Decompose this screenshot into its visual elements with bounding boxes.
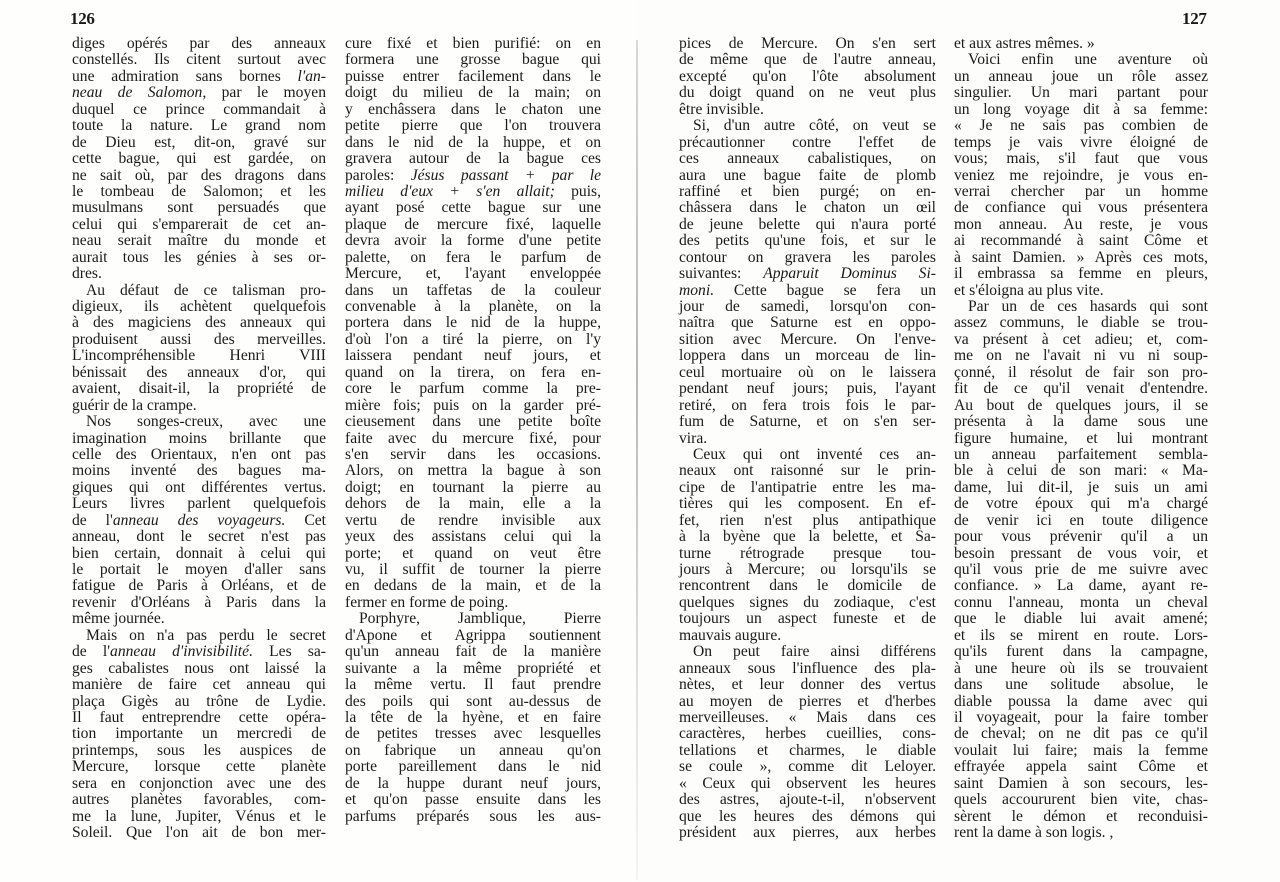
text-line: ne sait où, par des dragons dans xyxy=(72,168,326,184)
text-line: neau de Salomon, par le moyen xyxy=(72,85,326,101)
text-line: le portait le moyen d'aller sans xyxy=(72,562,326,578)
text-line: de jeune belette qui n'aura porté xyxy=(679,217,936,233)
text-line: quels accoururent bien vite, chas- xyxy=(954,792,1208,808)
text-line: duquel ce prince commandait à xyxy=(72,102,326,118)
text-line: sèrent le démon et reconduisi- xyxy=(954,809,1208,825)
text-line: fatigue de Paris à Orléans, et de xyxy=(72,578,326,594)
text-line: aura une bague faite de plomb xyxy=(679,168,936,184)
text-line: neau serait maître du monde et xyxy=(72,233,326,249)
text-line: des astres, ajoute-t-il, n'observent xyxy=(679,792,936,808)
text-line: L'incompréhensible Henri VIII xyxy=(72,348,326,364)
text-line: anneau, dont le secret n'est pas xyxy=(72,529,326,545)
text-line: aurait tous les génies à ses or- xyxy=(72,250,326,266)
text-line: diges opérés par des anneaux xyxy=(72,36,326,52)
text-line: loppera dans un morceau de lin- xyxy=(679,348,936,364)
text-line: Il faut entreprendre cette opéra- xyxy=(72,710,326,726)
text-line: de l'anneau d'invisibilité. Les sa- xyxy=(72,644,326,660)
text-line: porte; et quand on veut être xyxy=(345,546,601,562)
text-line: revenir d'Orléans à Paris dans la xyxy=(72,595,326,611)
text-line: jours à Mercure; ou lorsqu'ils se xyxy=(679,562,936,578)
text-line: dans une solitude absolue, le xyxy=(954,677,1208,693)
text-line: qu'ils furent dans la campagne, xyxy=(954,644,1208,660)
text-line: châssera dans le chaton un œil xyxy=(679,200,936,216)
text-line: milieu d'eux + s'en allait; puis, xyxy=(345,184,601,200)
text-line: saint Damien à son secours, les- xyxy=(954,776,1208,792)
text-line: celui qui s'emparerait de cet an- xyxy=(72,217,326,233)
text-line: on fabrique un anneau qu'on xyxy=(345,743,601,759)
text-line: rent la dame à son logis. , xyxy=(954,825,1208,841)
text-line: précautionner contre l'effet de xyxy=(679,135,936,151)
text-line: ges cabalistes nous ont laissé la xyxy=(72,661,326,677)
text-line: dehors de la main, elle a la xyxy=(345,496,601,512)
text-line: et aux astres mêmes. » xyxy=(954,36,1208,52)
text-line: jour de samedi, lorsqu'on con- xyxy=(679,299,936,315)
text-line: contour on gravera les paroles xyxy=(679,250,936,266)
text-line: au moyen de pierres et d'herbes xyxy=(679,694,936,710)
text-line: autres planètes favorables, com- xyxy=(72,792,326,808)
text-line: d'Apone et Agrippa soutiennent xyxy=(345,628,601,644)
text-line: diable poussa la dame avec qui xyxy=(954,694,1208,710)
text-line: naîtra que Saturne est en oppo- xyxy=(679,315,936,331)
text-line: et s'éloigna au plus vite. xyxy=(954,283,1208,299)
text-line: tion importante un mercredi de xyxy=(72,726,326,742)
text-line: cure fixé et bien purifié: on en xyxy=(345,36,601,52)
text-line: président aux pierres, aux herbes xyxy=(679,825,936,841)
text-line: vira. xyxy=(679,431,936,447)
page-number-left: 126 xyxy=(70,9,95,29)
text-line: gravera autour de la bague ces xyxy=(345,151,601,167)
text-line: fermer en forme de poing. xyxy=(345,595,601,611)
text-line: de votre époux qui m'a chargé xyxy=(954,496,1208,512)
text-line: veniez me rejoindre, je vous en- xyxy=(954,168,1208,184)
text-line: cieusement dans une petite boîte xyxy=(345,414,601,430)
text-line: « Ceux qui observent les heures xyxy=(679,776,936,792)
text-line: core le parfum comme la pre- xyxy=(345,381,601,397)
text-line: sition avec Mercure. On l'enve- xyxy=(679,332,936,348)
text-line: connu l'anneau, monta un cheval xyxy=(954,595,1208,611)
text-line: singulier. Un mari partant pour xyxy=(954,85,1208,101)
text-line: fet, rien n'est plus antipathique xyxy=(679,513,936,529)
text-line: même journée. xyxy=(72,611,326,627)
text-line: s'en servir dans les occasions. xyxy=(345,447,601,463)
text-line: le tombeau de Salomon; et les xyxy=(72,184,326,200)
text-line: manière de faire cet anneau qui xyxy=(72,677,326,693)
text-line: ai recommandé à saint Côme et xyxy=(954,233,1208,249)
text-line: cette bague, qui est gardée, on xyxy=(72,151,326,167)
text-line: portera dans le nid de la huppe, xyxy=(345,315,601,331)
text-line: vertu de rendre invisible aux xyxy=(345,513,601,529)
text-line: un anneau parfaitement sembla- xyxy=(954,447,1208,463)
text-line: qu'un anneau fait de la manière xyxy=(345,644,601,660)
text-line: un anneau joue un rôle assez xyxy=(954,69,1208,85)
text-line: dres. xyxy=(72,266,326,282)
text-line: faite avec du mercure fixé, pour xyxy=(345,431,601,447)
text-line: yeux des assistans celui qui la xyxy=(345,529,601,545)
text-line: pices de Mercure. On s'en sert xyxy=(679,36,936,52)
text-line: Mercure, lorsque cette planète xyxy=(72,759,326,775)
text-line: assez communs, le diable se trou- xyxy=(954,315,1208,331)
text-line: de petites tresses avec lesquelles xyxy=(345,726,601,742)
text-line: qu'il vous prie de me suivre avec xyxy=(954,562,1208,578)
text-line: tières qui les composent. En ef- xyxy=(679,496,936,512)
text-column-3: pices de Mercure. On s'en sertde même qu… xyxy=(679,36,936,841)
text-column-1: diges opérés par des anneauxconstellés. … xyxy=(72,36,326,841)
text-line: parfums préparés sous les aus- xyxy=(345,809,601,825)
text-line: être invisible. xyxy=(679,102,936,118)
text-line: guérir de la crampe. xyxy=(72,398,326,414)
text-line: tellations et charmes, le diable xyxy=(679,743,936,759)
text-line: des petits qu'une fois, et sur le xyxy=(679,233,936,249)
text-line: merveilleuses. « Mais dans ces xyxy=(679,710,936,726)
text-line: laissera pendant neuf jours, et xyxy=(345,348,601,364)
text-line: figure humaine, et lui montrant xyxy=(954,431,1208,447)
text-line: Leurs livres parlent quelquefois xyxy=(72,496,326,512)
text-line: ces anneaux cabalistiques, on xyxy=(679,151,936,167)
text-line: ayant posé cette bague sur une xyxy=(345,200,601,216)
text-line: mière fois; puis on la garder pré- xyxy=(345,398,601,414)
text-line: ceul mortuaire où on le laissera xyxy=(679,365,936,381)
text-line: toute la nature. Le grand nom xyxy=(72,118,326,134)
text-line: moins inventé des bagues ma- xyxy=(72,463,326,479)
text-column-4: et aux astres mêmes. »Voici enfin une av… xyxy=(954,36,1208,841)
text-line: pendant neuf jours; puis, l'ayant xyxy=(679,381,936,397)
text-line: de Dieu est, dit-on, gravé sur xyxy=(72,135,326,151)
text-line: de venir ici en toute diligence xyxy=(954,513,1208,529)
text-line: doigt du milieu de la main; on xyxy=(345,85,601,101)
text-line: celle des Orientaux, n'en ont pas xyxy=(72,447,326,463)
book-spread: 126 127 diges opérés par des anneauxcons… xyxy=(0,0,1280,882)
text-line: Nos songes-creux, avec une xyxy=(72,414,326,430)
text-line: Soleil. Que l'on ait de bon mer- xyxy=(72,825,326,841)
text-line: besoin pressant de vous voir, et xyxy=(954,546,1208,562)
text-line: des poils qui sont au-dessus de xyxy=(345,694,601,710)
text-line: « Je ne sais pas combien de xyxy=(954,118,1208,134)
text-line: et qu'on passe ensuite dans les xyxy=(345,792,601,808)
text-line: fit de ce qu'il venait d'entendre. xyxy=(954,381,1208,397)
text-line: Au bout de quelques jours, il se xyxy=(954,398,1208,414)
text-line: anneaux sous l'influence des pla- xyxy=(679,661,936,677)
text-line: constellés. Ils citent surtout avec xyxy=(72,52,326,68)
text-line: musulmans sont persuadés que xyxy=(72,200,326,216)
text-line: vous; mais, s'il faut que vous xyxy=(954,151,1208,167)
text-line: un long voyage dit à sa femme: xyxy=(954,102,1208,118)
text-line: que les heures des démons qui xyxy=(679,809,936,825)
text-line: imagination moins brillante que xyxy=(72,431,326,447)
text-line: Mercure, et, l'ayant enveloppée xyxy=(345,266,601,282)
text-line: présenta à la dame sous une xyxy=(954,414,1208,430)
text-line: il embrassa sa femme en pleurs, xyxy=(954,266,1208,282)
text-line: devra avoir la forme d'une petite xyxy=(345,233,601,249)
text-line: pour vous prévenir qu'il a un xyxy=(954,529,1208,545)
text-line: à saint Damien. » Après ces mots, xyxy=(954,250,1208,266)
text-line: Alors, on mettra la bague à son xyxy=(345,463,601,479)
text-line: giques qui ont différentes vertus. xyxy=(72,480,326,496)
text-line: sera en conjonction avec une des xyxy=(72,776,326,792)
text-line: caractères, herbes cueillies, cons- xyxy=(679,726,936,742)
text-line: fum de Saturne, et on s'en ser- xyxy=(679,414,936,430)
text-line: nètes, et leur donner des vertus xyxy=(679,677,936,693)
text-line: digieux, ils achètent quelquefois xyxy=(72,299,326,315)
text-line: petite pierre que l'on trouvera xyxy=(345,118,601,134)
text-line: neaux ont raisonné sur le prin- xyxy=(679,463,936,479)
text-line: formera une grosse bague qui xyxy=(345,52,601,68)
text-line: confiance. » La dame, ayant re- xyxy=(954,578,1208,594)
text-line: verrai chercher par un homme xyxy=(954,184,1208,200)
text-line: bénissait des anneaux d'or, qui xyxy=(72,365,326,381)
text-line: y enchâssera dans le chaton une xyxy=(345,102,601,118)
text-line: suivante a la même propriété et xyxy=(345,661,601,677)
text-line: Par un de ces hasards qui sont xyxy=(954,299,1208,315)
text-line: suivantes: Apparuit Dominus Si- xyxy=(679,266,936,282)
text-line: toujours un aspect funeste et de xyxy=(679,611,936,627)
text-line: à une heure où ils se trouvaient xyxy=(954,661,1208,677)
text-column-2: cure fixé et bien purifié: on enformera … xyxy=(345,36,601,825)
text-line: ble à celui de son mari: « Ma- xyxy=(954,463,1208,479)
text-line: il voyageait, pour la faire tomber xyxy=(954,710,1208,726)
text-line: turne rétrograde presque tou- xyxy=(679,546,936,562)
text-line: et ils se mirent en route. Lors- xyxy=(954,628,1208,644)
text-line: Au défaut de ce talisman pro- xyxy=(72,283,326,299)
text-line: On peut faire ainsi différens xyxy=(679,644,936,660)
text-line: de confiance qui vous présentera xyxy=(954,200,1208,216)
text-line: vu, il suffit de tourner la pierre xyxy=(345,562,601,578)
text-line: avaient, disait-il, la propriété de xyxy=(72,381,326,397)
text-line: Voici enfin une aventure où xyxy=(954,52,1208,68)
text-line: à des magiciens des anneaux qui xyxy=(72,315,326,331)
text-line: du doigt quand on ne veut plus xyxy=(679,85,936,101)
text-line: Si, d'un autre côté, on veut se xyxy=(679,118,936,134)
text-line: de même que de l'autre anneau, xyxy=(679,52,936,68)
text-line: çonné, il résolut de fair son pro- xyxy=(954,365,1208,381)
text-line: palette, on fera le parfum de xyxy=(345,250,601,266)
text-line: quand on la tirera, on fera en- xyxy=(345,365,601,381)
text-line: de cheval; on ne dit pas ce qu'il xyxy=(954,726,1208,742)
text-line: Mais on n'a pas perdu le secret xyxy=(72,628,326,644)
text-line: convenable à la planète, on la xyxy=(345,299,601,315)
text-line: en dedans de la main, et de la xyxy=(345,578,601,594)
text-line: puisse entrer facilement dans le xyxy=(345,69,601,85)
text-line: raffiné et bien purgé; on en- xyxy=(679,184,936,200)
text-line: plaça Gigès au trône de Lydie. xyxy=(72,694,326,710)
text-line: bien certain, donnait à celui qui xyxy=(72,546,326,562)
text-line: produisent aussi des merveilles. xyxy=(72,332,326,348)
page-number-right: 127 xyxy=(1182,9,1207,29)
text-line: moni. Cette bague se fera un xyxy=(679,283,936,299)
text-line: temps je vais vivre éloigné de xyxy=(954,135,1208,151)
text-line: effrayée appela saint Côme et xyxy=(954,759,1208,775)
text-line: la tête de la hyène, et en faire xyxy=(345,710,601,726)
text-line: dans un taffetas de la couleur xyxy=(345,283,601,299)
text-line: dans le nid de la huppe, et on xyxy=(345,135,601,151)
text-line: la même vertu. Il faut prendre xyxy=(345,677,601,693)
text-line: mon anneau. Au reste, je vous xyxy=(954,217,1208,233)
text-line: quelques signes du zodiaque, c'est xyxy=(679,595,936,611)
text-line: rencontrent dans le domicile de xyxy=(679,578,936,594)
text-line: va présent à cet adieu; et, com- xyxy=(954,332,1208,348)
text-line: mauvais augure. xyxy=(679,628,936,644)
text-line: une admiration sans bornes l'an- xyxy=(72,69,326,85)
text-line: se coule », comme dit Leloyer. xyxy=(679,759,936,775)
text-line: dame, lui dit-il, je suis un ami xyxy=(954,480,1208,496)
text-line: cipe de l'antipatrie entre les ma- xyxy=(679,480,936,496)
text-line: excepté qu'on l'ôte absolument xyxy=(679,69,936,85)
text-line: d'où l'on a tiré la pierre, on l'y xyxy=(345,332,601,348)
text-line: me on ne l'avait ni vu ni soup- xyxy=(954,348,1208,364)
text-line: me la lune, Jupiter, Vénus et le xyxy=(72,809,326,825)
text-line: à la byène que la belette, et Sa- xyxy=(679,529,936,545)
text-line: plaque de mercure fixé, laquelle xyxy=(345,217,601,233)
text-line: retiré, on fera trois fois le par- xyxy=(679,398,936,414)
book-gutter xyxy=(636,40,638,880)
text-line: de l'anneau des voyageurs. Cet xyxy=(72,513,326,529)
text-line: de la huppe durant neuf jours, xyxy=(345,776,601,792)
text-line: paroles: Jésus passant + par le xyxy=(345,168,601,184)
text-line: printemps, sous les auspices de xyxy=(72,743,326,759)
text-line: que le diable lui avait amené; xyxy=(954,611,1208,627)
text-line: voulait lui faire; mais la femme xyxy=(954,743,1208,759)
text-line: doigt; en tournant la pierre au xyxy=(345,480,601,496)
text-line: porte pareillement dans le nid xyxy=(345,759,601,775)
text-line: Ceux qui ont inventé ces an- xyxy=(679,447,936,463)
text-line: Porphyre, Jamblique, Pierre xyxy=(345,611,601,627)
